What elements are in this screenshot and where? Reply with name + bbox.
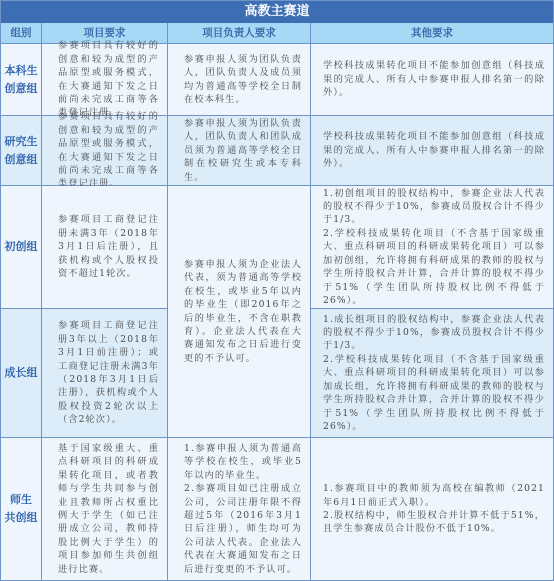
competition-requirements-table: 高教主赛道 组别 项目要求 项目负责人要求 其他要求 本科生 创意组 参赛项目具… <box>0 0 554 581</box>
other-requirement-cell: 1.成长组项目的股权结构中，参赛企业法人代表的股权不得少于10%，参赛成员股权合… <box>311 309 553 438</box>
project-requirement-cell: 参赛项目工商登记注册未满3年（2018年3月1日后注册），且获机构或个人股权投资… <box>42 186 168 309</box>
leader-requirement-merged-cell: 参赛申报人须为企业法人代表，须为普通高等学校在校生，或毕业5年以内的毕业生（即2… <box>168 186 311 438</box>
column-header-leader: 项目负责人要求 <box>168 23 311 44</box>
column-header-other: 其他要求 <box>311 23 553 44</box>
table-title: 高教主赛道 <box>1 1 553 23</box>
project-requirement-cell: 基于国家级重大、重点科研项目的科研成果转化项目，或者教师与学生共同参与创业且教师… <box>42 438 168 580</box>
group-growth: 成长组 <box>1 309 42 438</box>
other-requirement-cell: 学校科技成果转化项目不能参加创意组（科技成果的完成人、所有人中参赛申报人排名第一… <box>311 44 553 116</box>
other-requirement-cell: 1.初创组项目的股权结构中，参赛企业法人代表的股权不得少于10%，参赛成员股权合… <box>311 186 553 309</box>
other-requirement-cell: 学校科技成果转化项目不能参加创意组（科技成果的完成人、所有人中参赛申报人排名第一… <box>311 116 553 186</box>
group-teacher-student: 师生 共创组 <box>1 438 42 580</box>
group-undergrad-creative: 本科生 创意组 <box>1 44 42 116</box>
project-requirement-cell: 参赛项目具有较好的创意和较为成型的产品原型或服务模式，在大赛通知下发之日前尚未完… <box>42 44 168 116</box>
column-header-group: 组别 <box>1 23 42 44</box>
leader-requirement-cell: 1.参赛申报人须为普通高等学校在校生，或毕业5年以内的毕业生。 2.参赛项目如已… <box>168 438 311 580</box>
leader-requirement-cell: 参赛申报人须为团队负责人，团队负责人和团队成员须为普通高等学校全日制在校研究生或… <box>168 116 311 186</box>
project-requirement-cell: 参赛项目工商登记注册3年以上（2018年3月1日前注册）；或工商登记注册未满3年… <box>42 309 168 438</box>
leader-requirement-cell: 参赛申报人须为团队负责人，团队负责人及成员须均为普通高等学校全日制在校本科生。 <box>168 44 311 116</box>
other-requirement-cell: 1.参赛项目中的教师须为高校在编教师（2021年6月1日前正式入职）。 2.股权… <box>311 438 553 580</box>
group-startup: 初创组 <box>1 186 42 309</box>
project-requirement-cell: 参赛项目具有较好的创意和较为成型的产品原型或服务模式，在大赛通知下发之日前尚未完… <box>42 116 168 186</box>
group-graduate-creative: 研究生 创意组 <box>1 116 42 186</box>
